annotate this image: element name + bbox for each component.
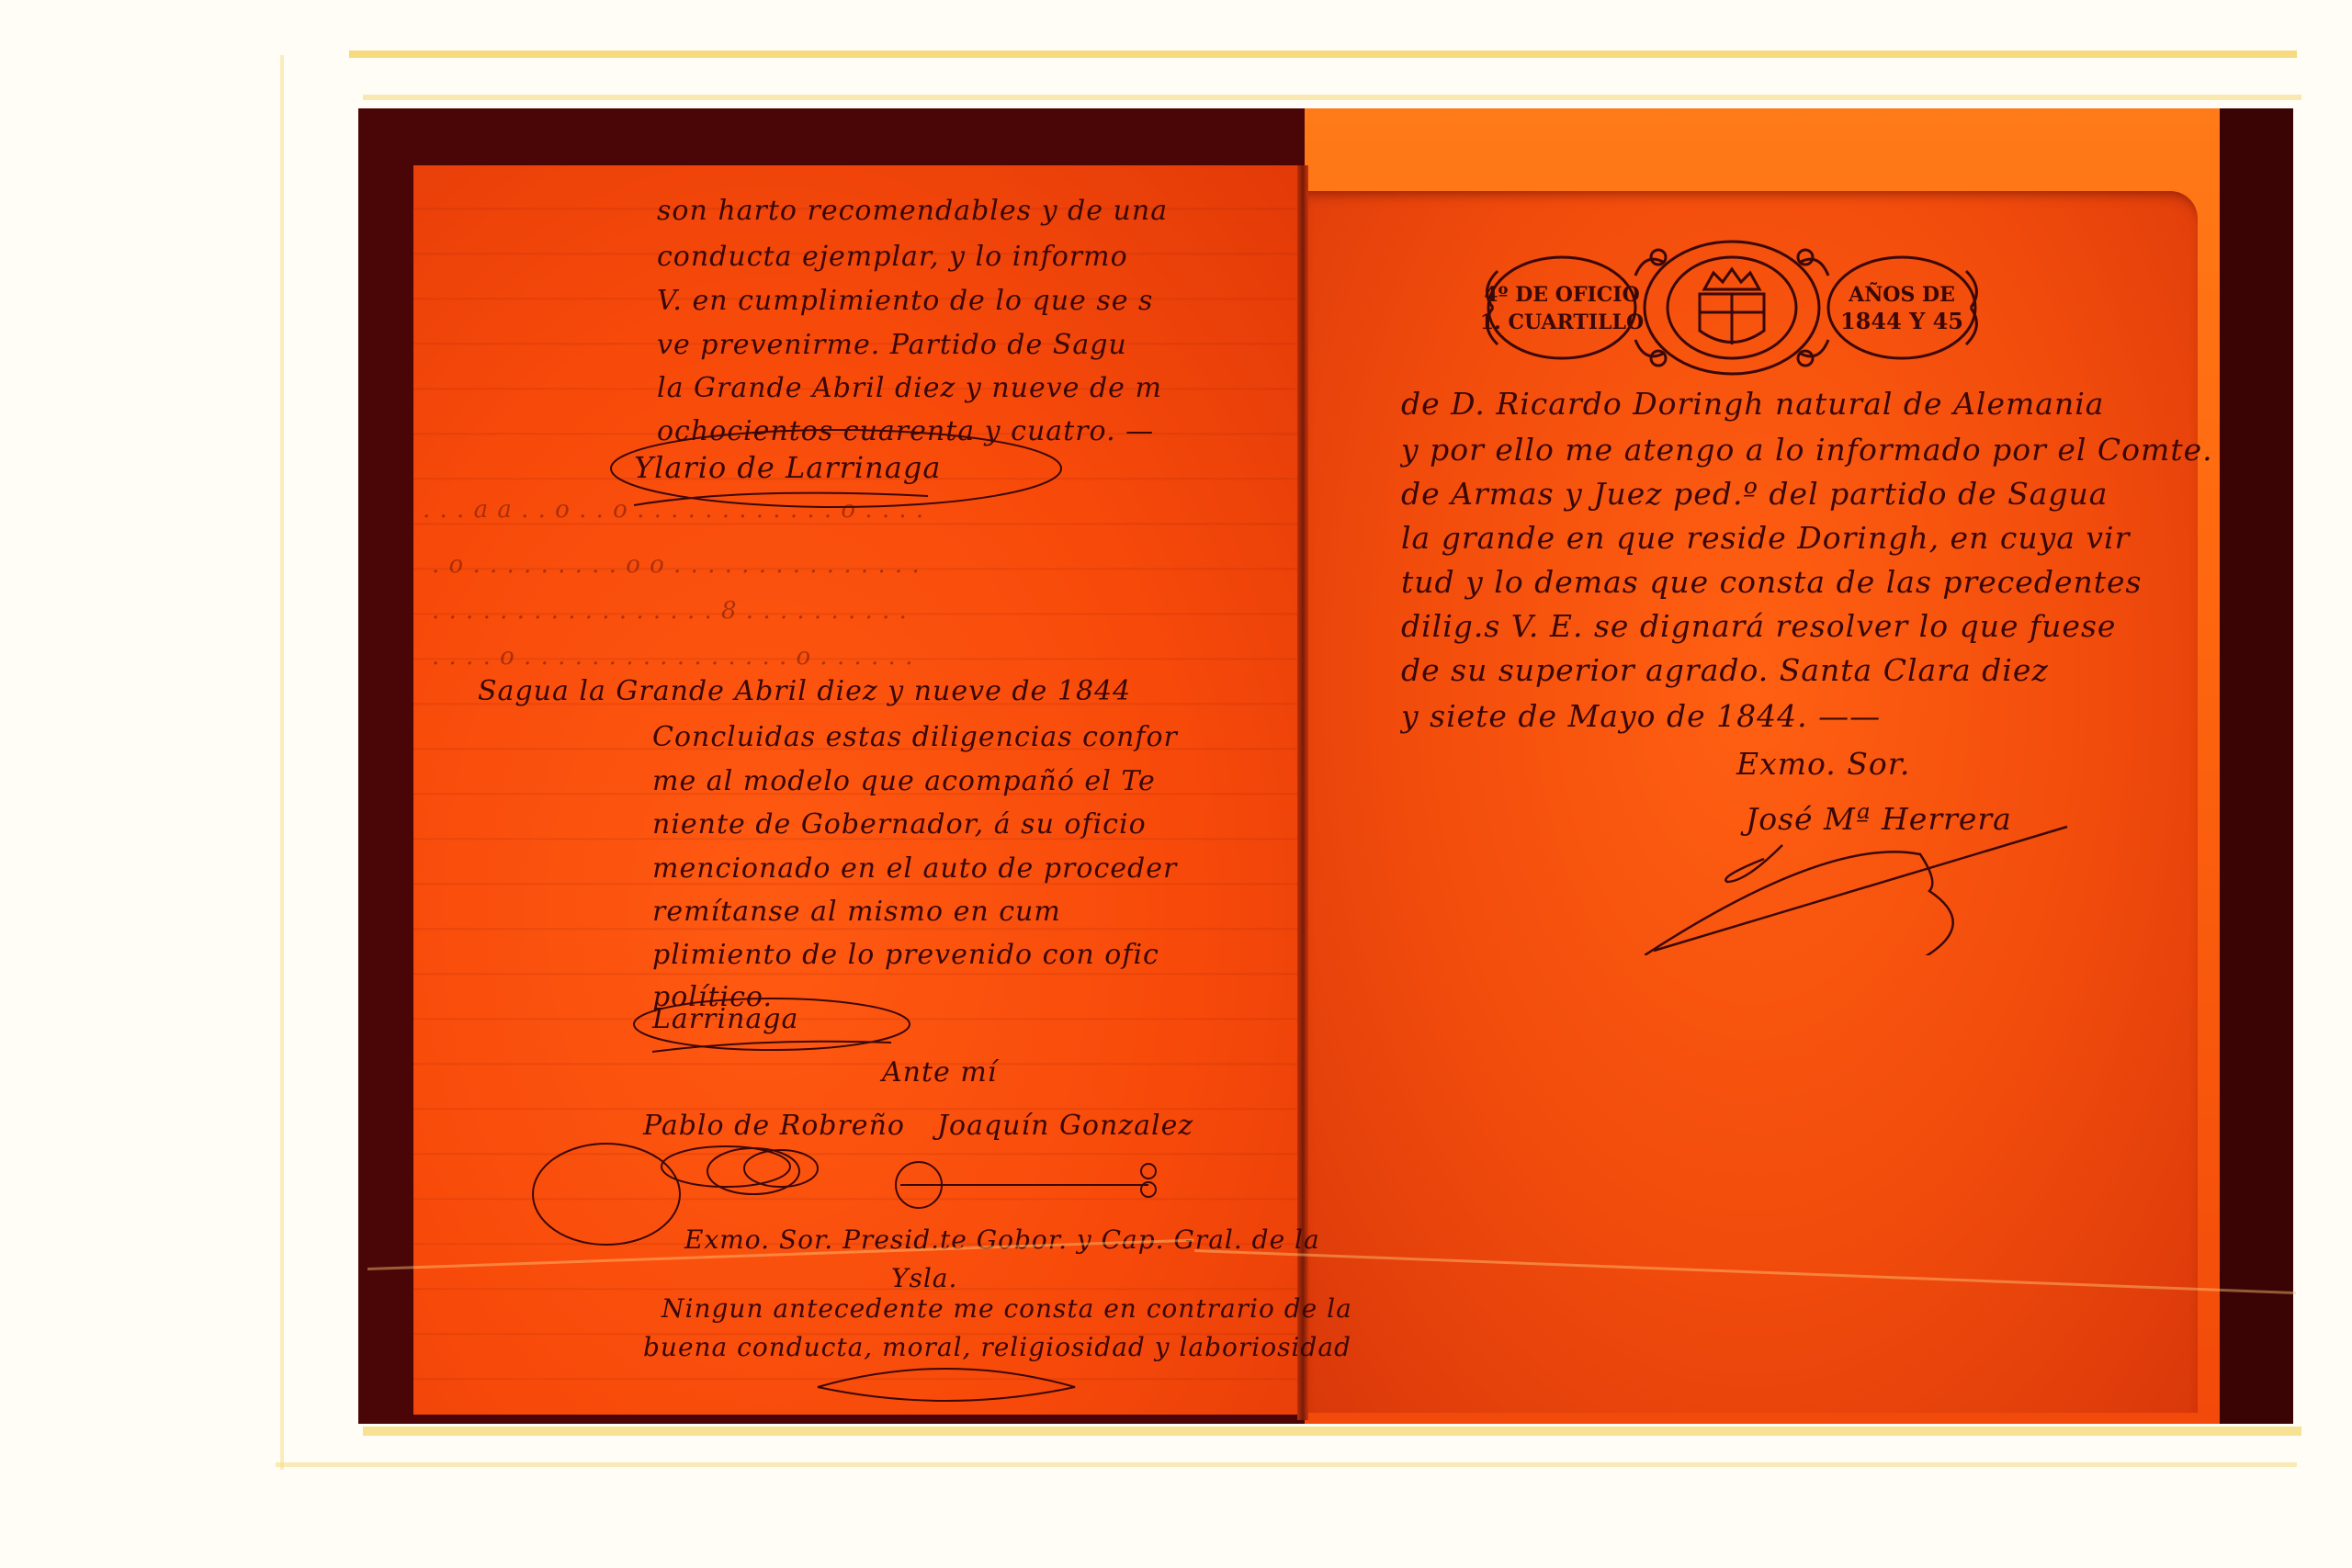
stamp-right-line1: AÑOS DE: [1848, 282, 1955, 307]
mount-top-line-inner: [363, 95, 2301, 100]
mount-top-line-outer: [349, 51, 2297, 58]
left-line-5: la Grande Abril diez y nueve de m: [657, 372, 1162, 404]
right-line-3: de Armas y Juez ped.º del partido de Sag…: [1401, 476, 2108, 512]
left-line-2: conducta ejemplar, y lo informo: [657, 241, 1128, 273]
right-line-4: la grande en que reside Doringh, en cuya…: [1401, 520, 2130, 556]
left-body-4: mencionado en el auto de proceder: [652, 852, 1177, 885]
bleed-through-1: . . . a a . . o . . o . . . . . . . . . …: [423, 496, 924, 524]
left-body-5: remítanse al mismo en cum: [652, 896, 1061, 928]
left-body-1: Concluidas estas diligencias confor: [652, 721, 1178, 753]
bleed-through-4: . . . . o . . . . . . . . . . . . . . . …: [432, 643, 913, 671]
right-line-1: de D. Ricardo Doringh natural de Alemani…: [1401, 386, 2104, 422]
signature-larrinaga-2: Larrinaga: [652, 1003, 798, 1035]
frame-top-edge: [358, 108, 1305, 165]
crown-icon: [1704, 269, 1759, 289]
right-line-2: y por ello me atengo a lo informado por …: [1401, 432, 2213, 468]
right-line-6: dilig.s V. E. se dignará resolver lo que…: [1401, 608, 2116, 644]
mount-bottom-line-outer: [276, 1462, 2297, 1467]
bleed-through-3: . . . . . . . . . . . . . . . . . 8 . . …: [432, 597, 908, 625]
ante-mi-label: Ante mí: [882, 1056, 997, 1089]
left-body-6: plimiento de lo prevenido con ofic: [652, 939, 1159, 971]
right-line-7: de su superior agrado. Santa Clara diez: [1401, 652, 2049, 688]
signature-larrinaga-1: Ylario de Larrinaga: [634, 450, 941, 485]
footer-flourish: [808, 1355, 1084, 1410]
mount-bottom-line: [363, 1427, 2301, 1436]
stamp-left-line1: 4º DE OFICIO: [1484, 283, 1640, 307]
right-closing: Exmo. Sor.: [1736, 746, 1910, 782]
mount-left-line: [280, 55, 284, 1470]
left-line-4: ve prevenirme. Partido de Sagu: [657, 329, 1127, 361]
left-footer-3: Ningun antecedente me consta en contrari…: [661, 1293, 1352, 1324]
stamp-right-line2: 1844 Y 45: [1840, 308, 1963, 334]
bleed-through-2: . o . . . . . . . . . o o . . . . . . . …: [432, 551, 921, 579]
stamp-left-line2: 1. CUARTILLO: [1480, 310, 1644, 334]
left-line-3: V. en cumplimiento de lo que se s: [657, 285, 1153, 317]
right-line-8: y siete de Mayo de 1844. ——: [1401, 698, 1881, 734]
left-footer-2: Ysla.: [891, 1263, 957, 1293]
right-line-5: tud y lo demas que consta de las precede…: [1401, 564, 2142, 600]
left-body-3: niente de Gobernador, á su oficio: [652, 808, 1147, 840]
left-date-line: Sagua la Grande Abril diez y nueve de 18…: [478, 675, 1131, 707]
left-line-1: son harto recomendables y de una: [657, 195, 1168, 227]
stamp-left-oval: [1488, 257, 1635, 358]
left-body-2: me al modelo que acompañó el Te: [652, 765, 1156, 797]
right-signature-flourish: [1645, 808, 2086, 955]
tax-stamp: 4º DE OFICIO 1. CUARTILLO AÑOS DE 1844 Y…: [1475, 239, 1989, 377]
frame-right-edge: [2220, 108, 2293, 1424]
